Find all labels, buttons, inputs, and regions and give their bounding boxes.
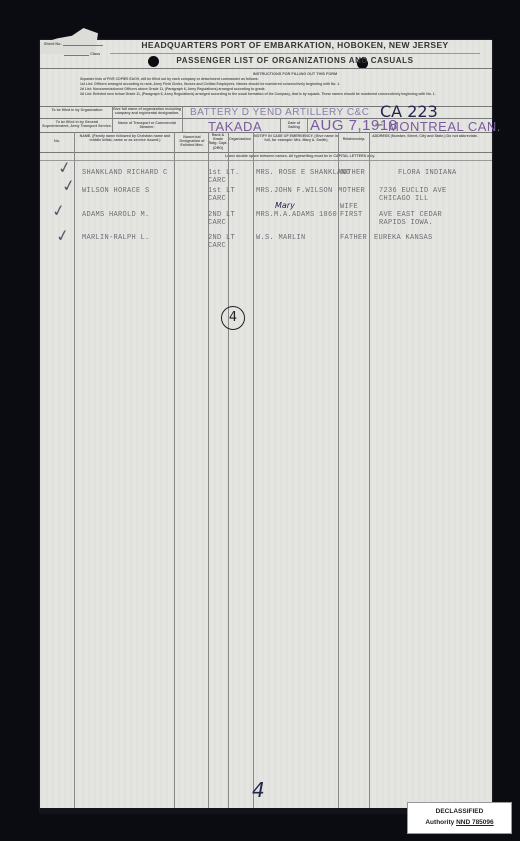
handwritten-annotation: Mary (275, 201, 295, 210)
port-stamp: MONTREAL CAN. (388, 119, 501, 134)
row-1-relationship: MOTHER (338, 169, 365, 177)
row-1-name: SHANKLAND RICHARD C (82, 169, 168, 177)
list-id-handwritten: CA 223 (380, 102, 438, 121)
row-2-name: WILSON HORACE S (82, 187, 150, 195)
row-4-address: EUREKA KANSAS (374, 234, 433, 242)
authority-value: NND 785096 (456, 819, 494, 826)
row-2-relationship: MOTHER (338, 187, 365, 195)
row-1-address: FLORA INDIANA (398, 169, 457, 177)
row-1-notify: MRS. ROSE E SHANKLAND (256, 169, 351, 177)
bottom-page-number: 4 (252, 778, 265, 802)
row-4-name: MARLIN-RALPH L. (82, 234, 150, 242)
sheet-number-field: Sheet No. Class (44, 42, 103, 56)
row-1-rank: 1st LT. CARC (208, 169, 240, 185)
row-4-rank: 2ND LT CARC (208, 234, 235, 250)
label-filled-by-ats: To be filled in by General Superintenden… (42, 120, 112, 128)
declassified-title: DECLASSIFIED (408, 808, 511, 815)
column-header-rank: Rank & Grade Ratg. Capt. (ORG) (208, 133, 228, 150)
column-header-address: ADDRESS (Number, Street, City and State.… (370, 134, 480, 138)
circled-page-number: 4 (221, 306, 245, 330)
class-label: Class (90, 52, 100, 56)
row-4-notify: W.S. MARLIN (256, 234, 306, 242)
row-3-name: ADAMS HAROLD M. (82, 211, 150, 219)
column-header-organization: Organization (228, 137, 252, 141)
instruction-line: 3d List: Enlisted men below Grade 11, (P… (80, 92, 480, 97)
row-4-relationship: FATHER (340, 234, 367, 242)
row-3-relationship: WIFE FIRST (340, 203, 363, 219)
sheet-label: Sheet No. (44, 42, 62, 46)
row-2-address: 7236 EUCLID AVE CHICAGO ILL (379, 187, 447, 203)
row-2-notify: MRS.JOHN F.WILSON (256, 187, 333, 195)
double-space-note: Leave double space between names. All ty… (150, 154, 450, 158)
label-full-name-org: Give full name of organization including… (112, 107, 182, 115)
label-transport: Name of Transport or Commercial Steamer. (112, 121, 182, 129)
row-3-address: AVE EAST CEDAR RAPIDS IOWA. (379, 211, 442, 227)
column-header-no: No. (42, 139, 72, 143)
page-subtitle: PASSENGER LIST OF ORGANIZATIONS AND CASU… (110, 56, 480, 65)
row-3-rank: 2ND LT CARC (208, 211, 235, 227)
column-header-relationship: Relationship. (340, 137, 368, 141)
instructions-title: INSTRUCTIONS FOR FILLING OUT THIS FORM (110, 72, 480, 76)
authority-label: Authority (425, 819, 454, 826)
transport-stamp: TAKADA (208, 119, 262, 134)
column-header-notify: NOTIFY IN CASE OF EMERGENCY. (Give name … (254, 134, 338, 142)
row-3-notify: MRS.M.A.ADAMS 1860 (256, 211, 337, 219)
column-header-serial: Numerical Designation of Enlisted Men. (176, 135, 208, 148)
page-title: HEADQUARTERS PORT OF EMBARKATION, HOBOKE… (110, 40, 480, 50)
column-header-name: NAME. (Family name followed by Christian… (76, 134, 174, 142)
label-filled-by-org: To be filled in by Organization (42, 108, 112, 112)
declassified-stamp: DECLASSIFIED Authority NND 785096 (407, 802, 512, 834)
row-2-rank: 1st LT CARC (208, 187, 235, 203)
label-date-of-sailing: Date of Sailing (282, 121, 306, 129)
